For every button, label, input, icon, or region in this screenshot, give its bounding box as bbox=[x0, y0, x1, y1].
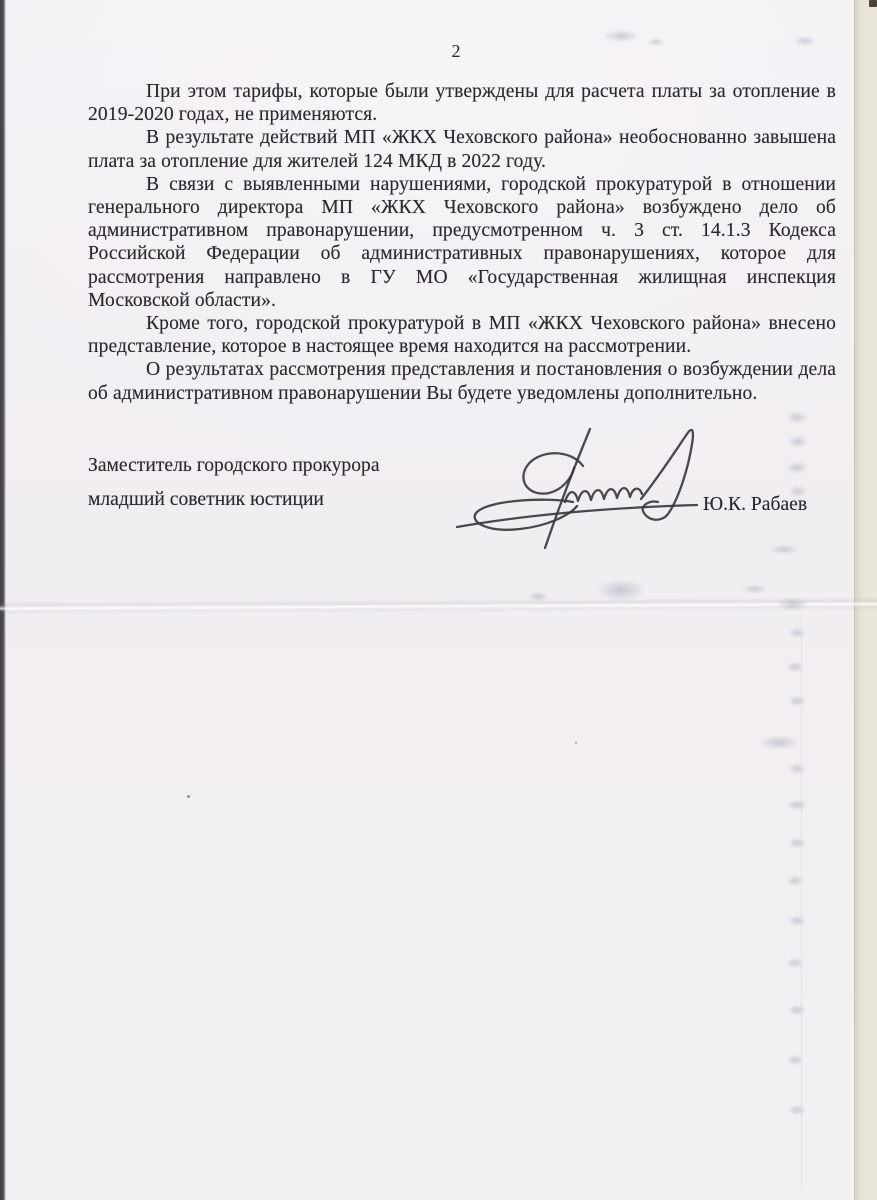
bleed-through-mark bbox=[789, 1105, 805, 1115]
bleed-through-mark bbox=[787, 800, 807, 810]
paper-speck bbox=[575, 742, 577, 744]
scan-corner-mark bbox=[869, 0, 877, 7]
bleed-through-mark bbox=[789, 486, 807, 497]
bleed-through-mark bbox=[787, 462, 807, 473]
bleed-through-mark bbox=[787, 876, 803, 886]
bleed-through-mark bbox=[789, 436, 807, 447]
bleed-through-mark bbox=[604, 30, 638, 42]
bleed-through-mark bbox=[789, 1005, 805, 1015]
letter-body: При этом тарифы, которые были утверждены… bbox=[88, 80, 836, 405]
paragraph-tariffs: При этом тарифы, которые были утверждены… bbox=[88, 80, 836, 126]
bleed-through-mark bbox=[789, 764, 805, 774]
bleed-through-mark bbox=[648, 38, 664, 46]
bleed-through-mark bbox=[760, 736, 798, 749]
bleed-through-mark bbox=[742, 585, 766, 593]
bleed-through-mark bbox=[789, 916, 805, 926]
scan-edge-left-strip bbox=[0, 0, 6, 1200]
paragraph-notification: О результатах рассмотрения представления… bbox=[88, 358, 836, 404]
bleed-through-mark bbox=[789, 838, 805, 848]
bleed-through-mark bbox=[528, 592, 548, 601]
bleed-through-mark bbox=[787, 958, 803, 968]
paragraph-predstavlenie: Кроме того, городской прокуратурой в МП … bbox=[88, 312, 836, 358]
signer-name: Ю.К. Рабаев bbox=[703, 494, 807, 516]
bleed-through-mark bbox=[787, 662, 803, 672]
page-number: 2 bbox=[436, 41, 476, 62]
bleed-through-mark bbox=[787, 412, 807, 423]
signer-title-line2: младший советник юстиции bbox=[88, 489, 324, 511]
bleed-through-mark bbox=[787, 1055, 803, 1065]
bleed-through-mark bbox=[598, 580, 644, 600]
scanned-document-page: 2 При этом тарифы, которые были утвержде… bbox=[0, 0, 877, 1200]
fold-crease bbox=[0, 597, 877, 616]
bleed-through-mark bbox=[778, 598, 808, 610]
paragraph-overcharge: В результате действий МП «ЖКХ Чеховского… bbox=[88, 126, 836, 172]
bleed-through-mark bbox=[770, 545, 798, 554]
bleed-through-mark bbox=[795, 36, 815, 46]
signer-title-line1: Заместитель городского прокурора bbox=[88, 455, 380, 477]
handwritten-signature bbox=[440, 403, 710, 555]
paper-speck bbox=[187, 795, 190, 798]
paragraph-violation-case: В связи с выявленными нарушениями, город… bbox=[88, 173, 836, 312]
bleed-through-mark bbox=[789, 628, 805, 638]
bleed-through-mark bbox=[789, 696, 805, 706]
